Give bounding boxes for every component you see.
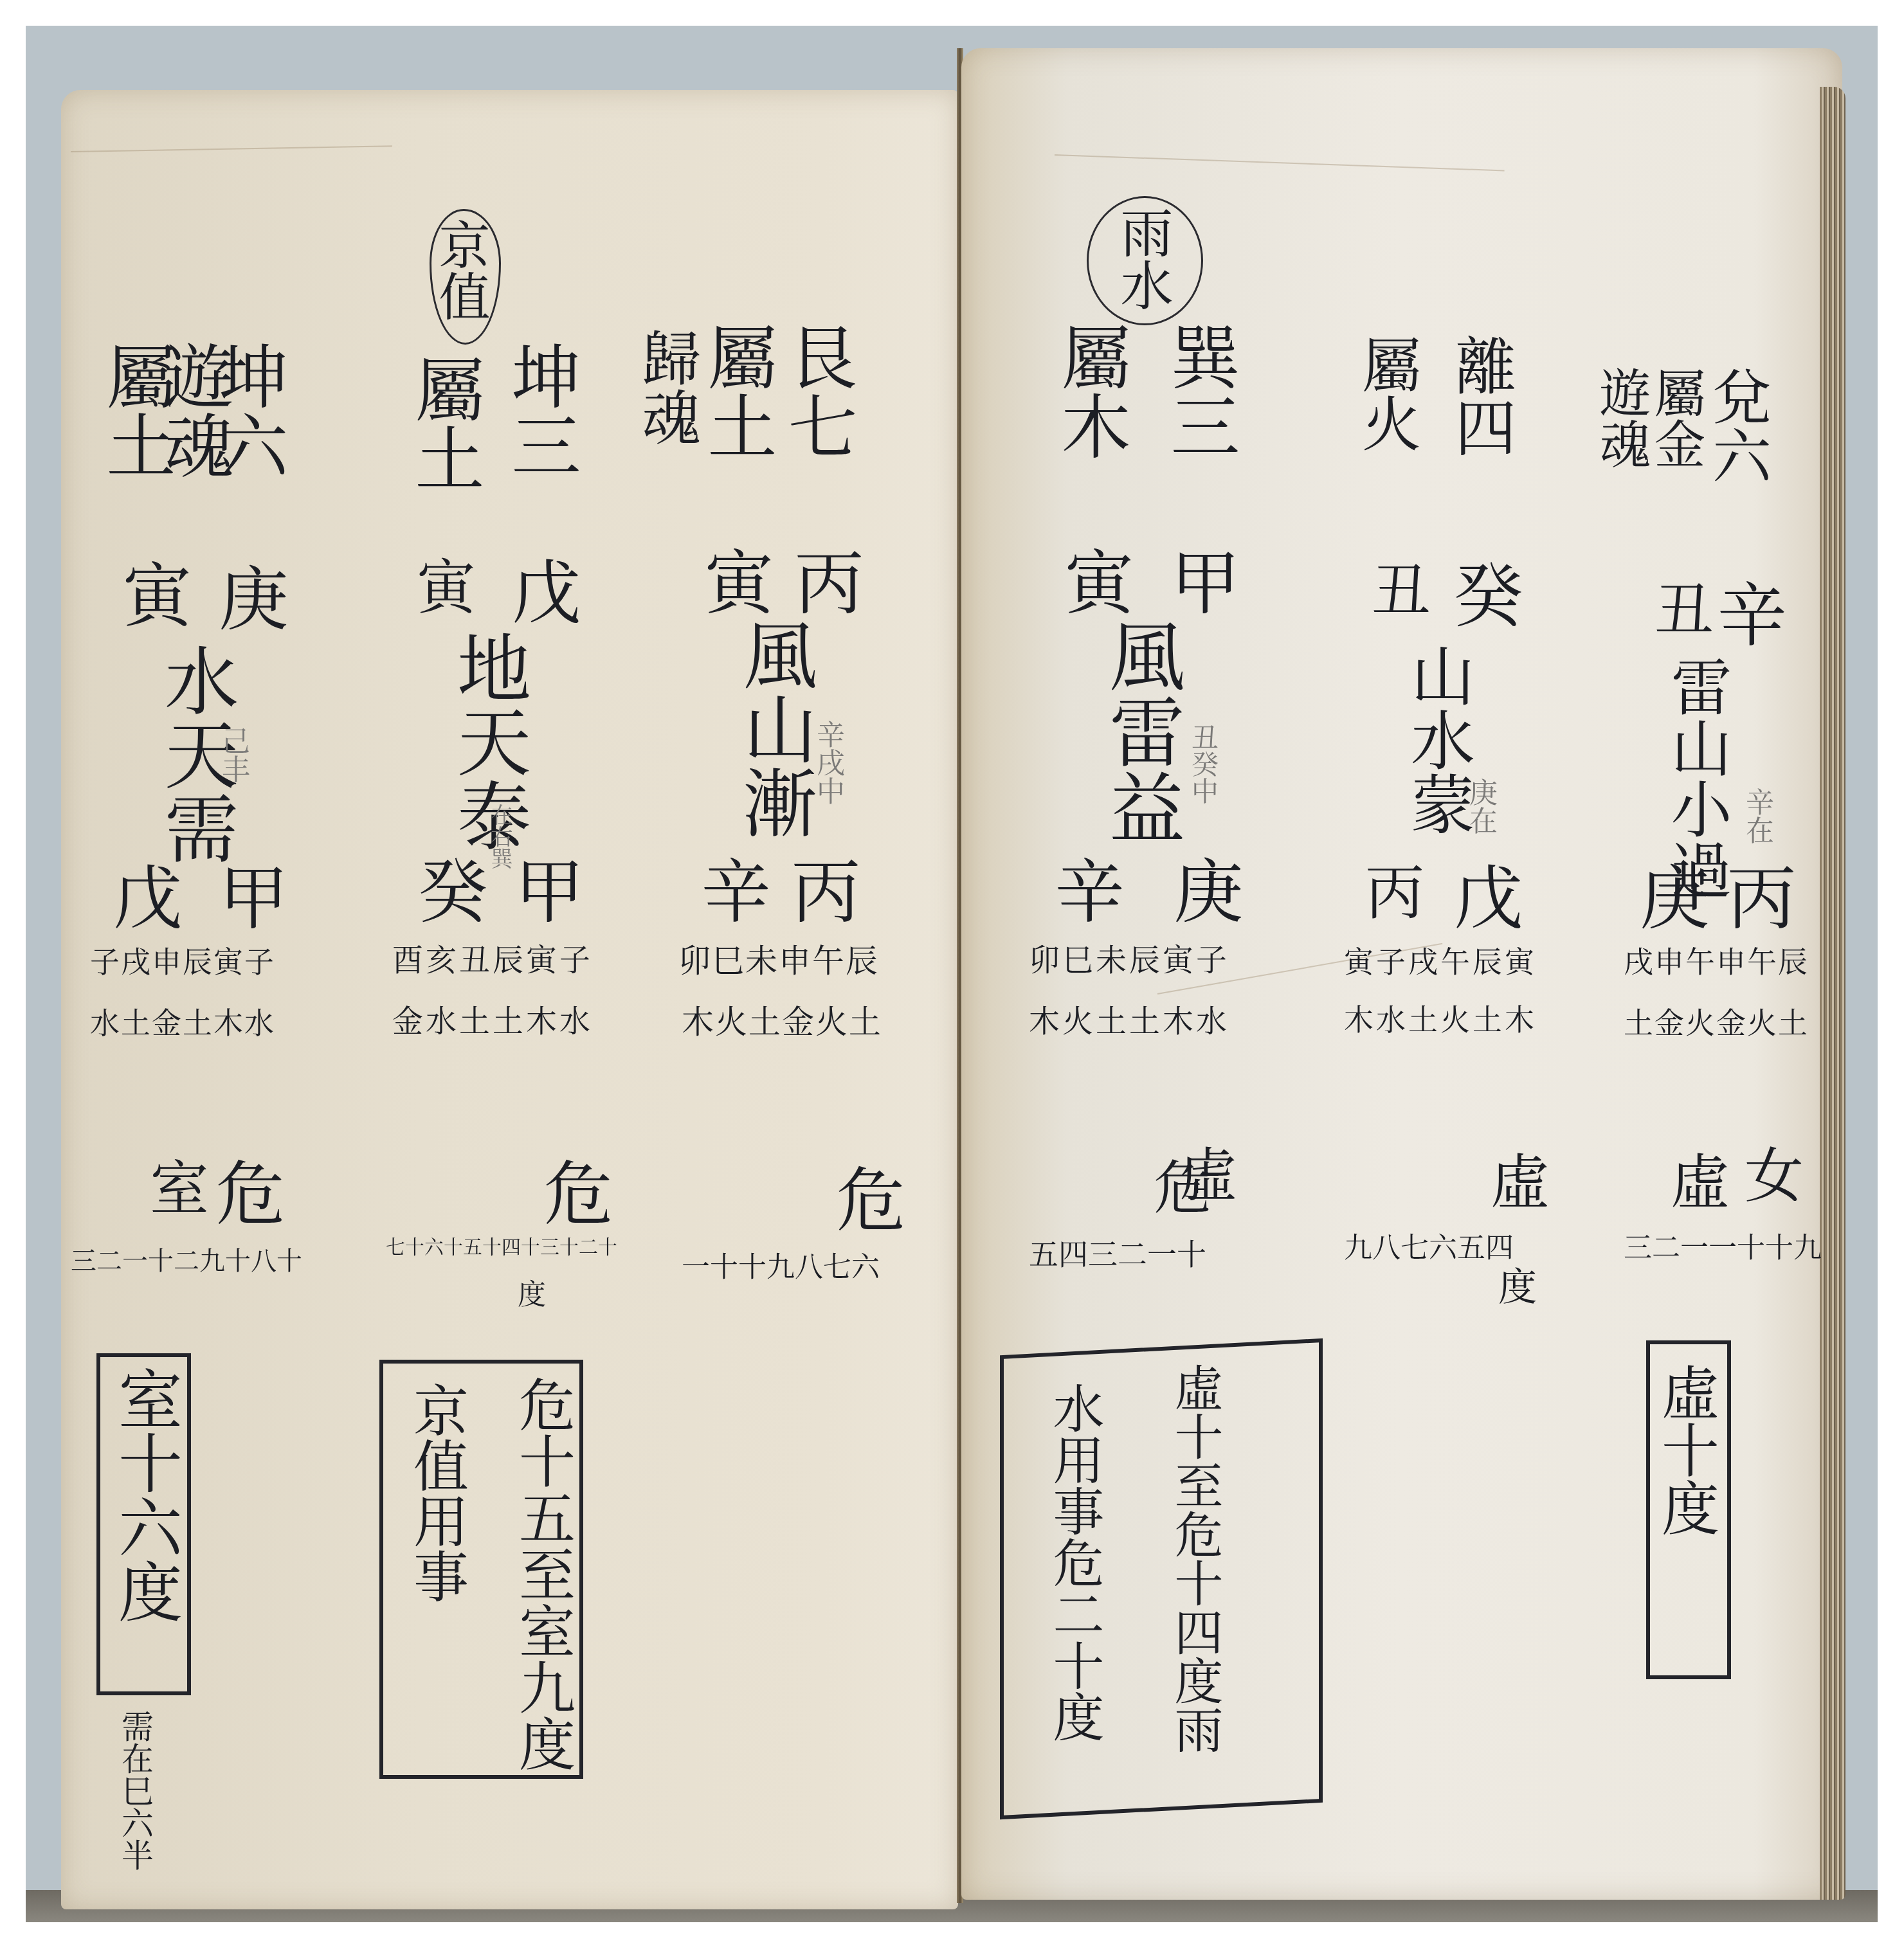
side-annotation: 辛在 — [1743, 788, 1771, 844]
branches-row: 子寅辰丑亥酉 — [392, 935, 593, 980]
side-annotation: 己丰 — [219, 726, 247, 783]
stamp-text: 京值 — [434, 219, 485, 321]
degree-row: 六七八九十十一 — [682, 1244, 880, 1285]
stem-bottom-left: 庚 — [1633, 861, 1703, 931]
degree-row: 十八十九二十一二三 — [71, 1241, 302, 1277]
stem-bottom-left: 辛 — [694, 855, 764, 924]
stamp-text: 雨水 — [1116, 206, 1168, 311]
element-attr: 屬土 — [408, 354, 478, 492]
soul-note: 遊魂 — [1595, 366, 1646, 469]
mansion-label: 危 — [537, 1157, 606, 1227]
degree-suffix: 度 — [1495, 1266, 1534, 1305]
stem-top-left: 寅 — [698, 546, 767, 616]
stem-top-left: 丑 — [1649, 579, 1709, 638]
elements-row: 水木土土水金 — [392, 996, 593, 1041]
element-attr: 屬木 — [1055, 321, 1124, 460]
mansion-right: 危 — [209, 1157, 278, 1227]
element-attr: 屬火 — [1357, 334, 1416, 453]
degree-row: 九十十一一二三 — [1624, 1225, 1822, 1266]
box-line: 虛十至危十四度雨 — [1170, 1363, 1219, 1754]
trigram-label: 兌六 — [1707, 366, 1766, 485]
elements-row: 土火金土火木 — [682, 996, 882, 1043]
stem-top-left: 寅 — [1058, 546, 1127, 616]
stem-top-right: 丙 — [788, 546, 857, 616]
box-line: 室十六度 — [113, 1366, 177, 1623]
stem-bottom-left: 丙 — [1360, 861, 1419, 921]
stem-bottom-right: 丙 — [1720, 861, 1790, 931]
elements-row: 水木土金土水 — [90, 1000, 275, 1042]
trigram-label: 巽三 — [1164, 321, 1233, 460]
side-annotation: 丑癸中 — [1190, 723, 1217, 804]
stem-bottom-right: 戊 — [1447, 861, 1516, 931]
box-line: 水用事危二十度 — [1048, 1382, 1100, 1742]
stem-top-left: 寅 — [116, 559, 185, 629]
stem-bottom-right: 庚 — [1167, 855, 1237, 924]
box-line: 虛十度 — [1656, 1363, 1714, 1536]
page-stack-edge — [1820, 87, 1845, 1900]
branches-row: 寅辰午戌子寅 — [1344, 939, 1537, 981]
stem-top-right: 戊 — [505, 556, 574, 626]
hexagram-name: 風山漸 — [736, 617, 810, 839]
degree-row: 十二十三十四十五十六十七 — [386, 1231, 617, 1259]
stem-bottom-right: 甲 — [212, 861, 282, 931]
degree-suffix: 度 — [514, 1279, 543, 1308]
mansion-label: 危 — [830, 1164, 899, 1233]
hexagram-name: 風雷益 — [1103, 617, 1179, 845]
stem-top-right: 辛 — [1710, 579, 1780, 648]
stem-bottom-left: 辛 — [1048, 855, 1118, 924]
elements-row: 水木土土火木 — [1029, 996, 1229, 1041]
stem-bottom-left: 癸 — [412, 855, 481, 924]
branches-row: 辰午申未巳卯 — [678, 935, 879, 982]
mansion-left: 虛 — [1665, 1151, 1725, 1210]
stem-bottom-left: 戊 — [106, 861, 176, 931]
mansion-label: 虛 — [1485, 1151, 1545, 1210]
mansion-right: 女 — [1739, 1144, 1799, 1203]
stem-top-right: 甲 — [1164, 546, 1233, 616]
element-attr: 屬金 — [1649, 366, 1701, 469]
stem-bottom-right: 丙 — [784, 855, 854, 924]
trigram-label: 坤三 — [505, 341, 574, 480]
mansion-left: 室 — [145, 1157, 204, 1216]
branches-row: 辰午申午申戌 — [1624, 939, 1809, 981]
stem-top-right: 庚 — [212, 563, 282, 632]
element-attr: 屬土 — [100, 341, 169, 480]
stem-bottom-right: 甲 — [508, 855, 577, 924]
trigram-label: 離四 — [1450, 334, 1512, 458]
side-annotation: 庚在 — [1466, 778, 1494, 834]
elements-row: 土火金火金土 — [1624, 1000, 1809, 1042]
element-attr: 屬土 — [701, 321, 770, 460]
stem-top-left: 寅 — [412, 556, 471, 615]
hexagram-name: 山水蒙 — [1405, 643, 1469, 836]
trigram-label: 艮七 — [781, 321, 851, 460]
elements-row: 木土火土水木 — [1344, 996, 1537, 1039]
side-annotation: 辛戌中 — [813, 720, 842, 805]
margin-note: 需在巳六半 — [119, 1710, 151, 1871]
stem-top-left: 丑 — [1366, 559, 1426, 618]
soul-note: 歸魂 — [637, 328, 696, 446]
box-line: 京值用事 — [408, 1382, 464, 1603]
stem-top-right: 癸 — [1447, 559, 1516, 629]
degree-row: 四五六七八九 — [1344, 1225, 1514, 1266]
branches-row: 子寅辰未巳卯 — [1029, 935, 1229, 980]
degree-row: 十一二三四五 — [1029, 1231, 1206, 1274]
box-line: 危十五至室九度 — [514, 1376, 571, 1772]
mansion-left: 危 — [1148, 1157, 1206, 1215]
branches-row: 子寅辰申戌子 — [90, 939, 275, 981]
